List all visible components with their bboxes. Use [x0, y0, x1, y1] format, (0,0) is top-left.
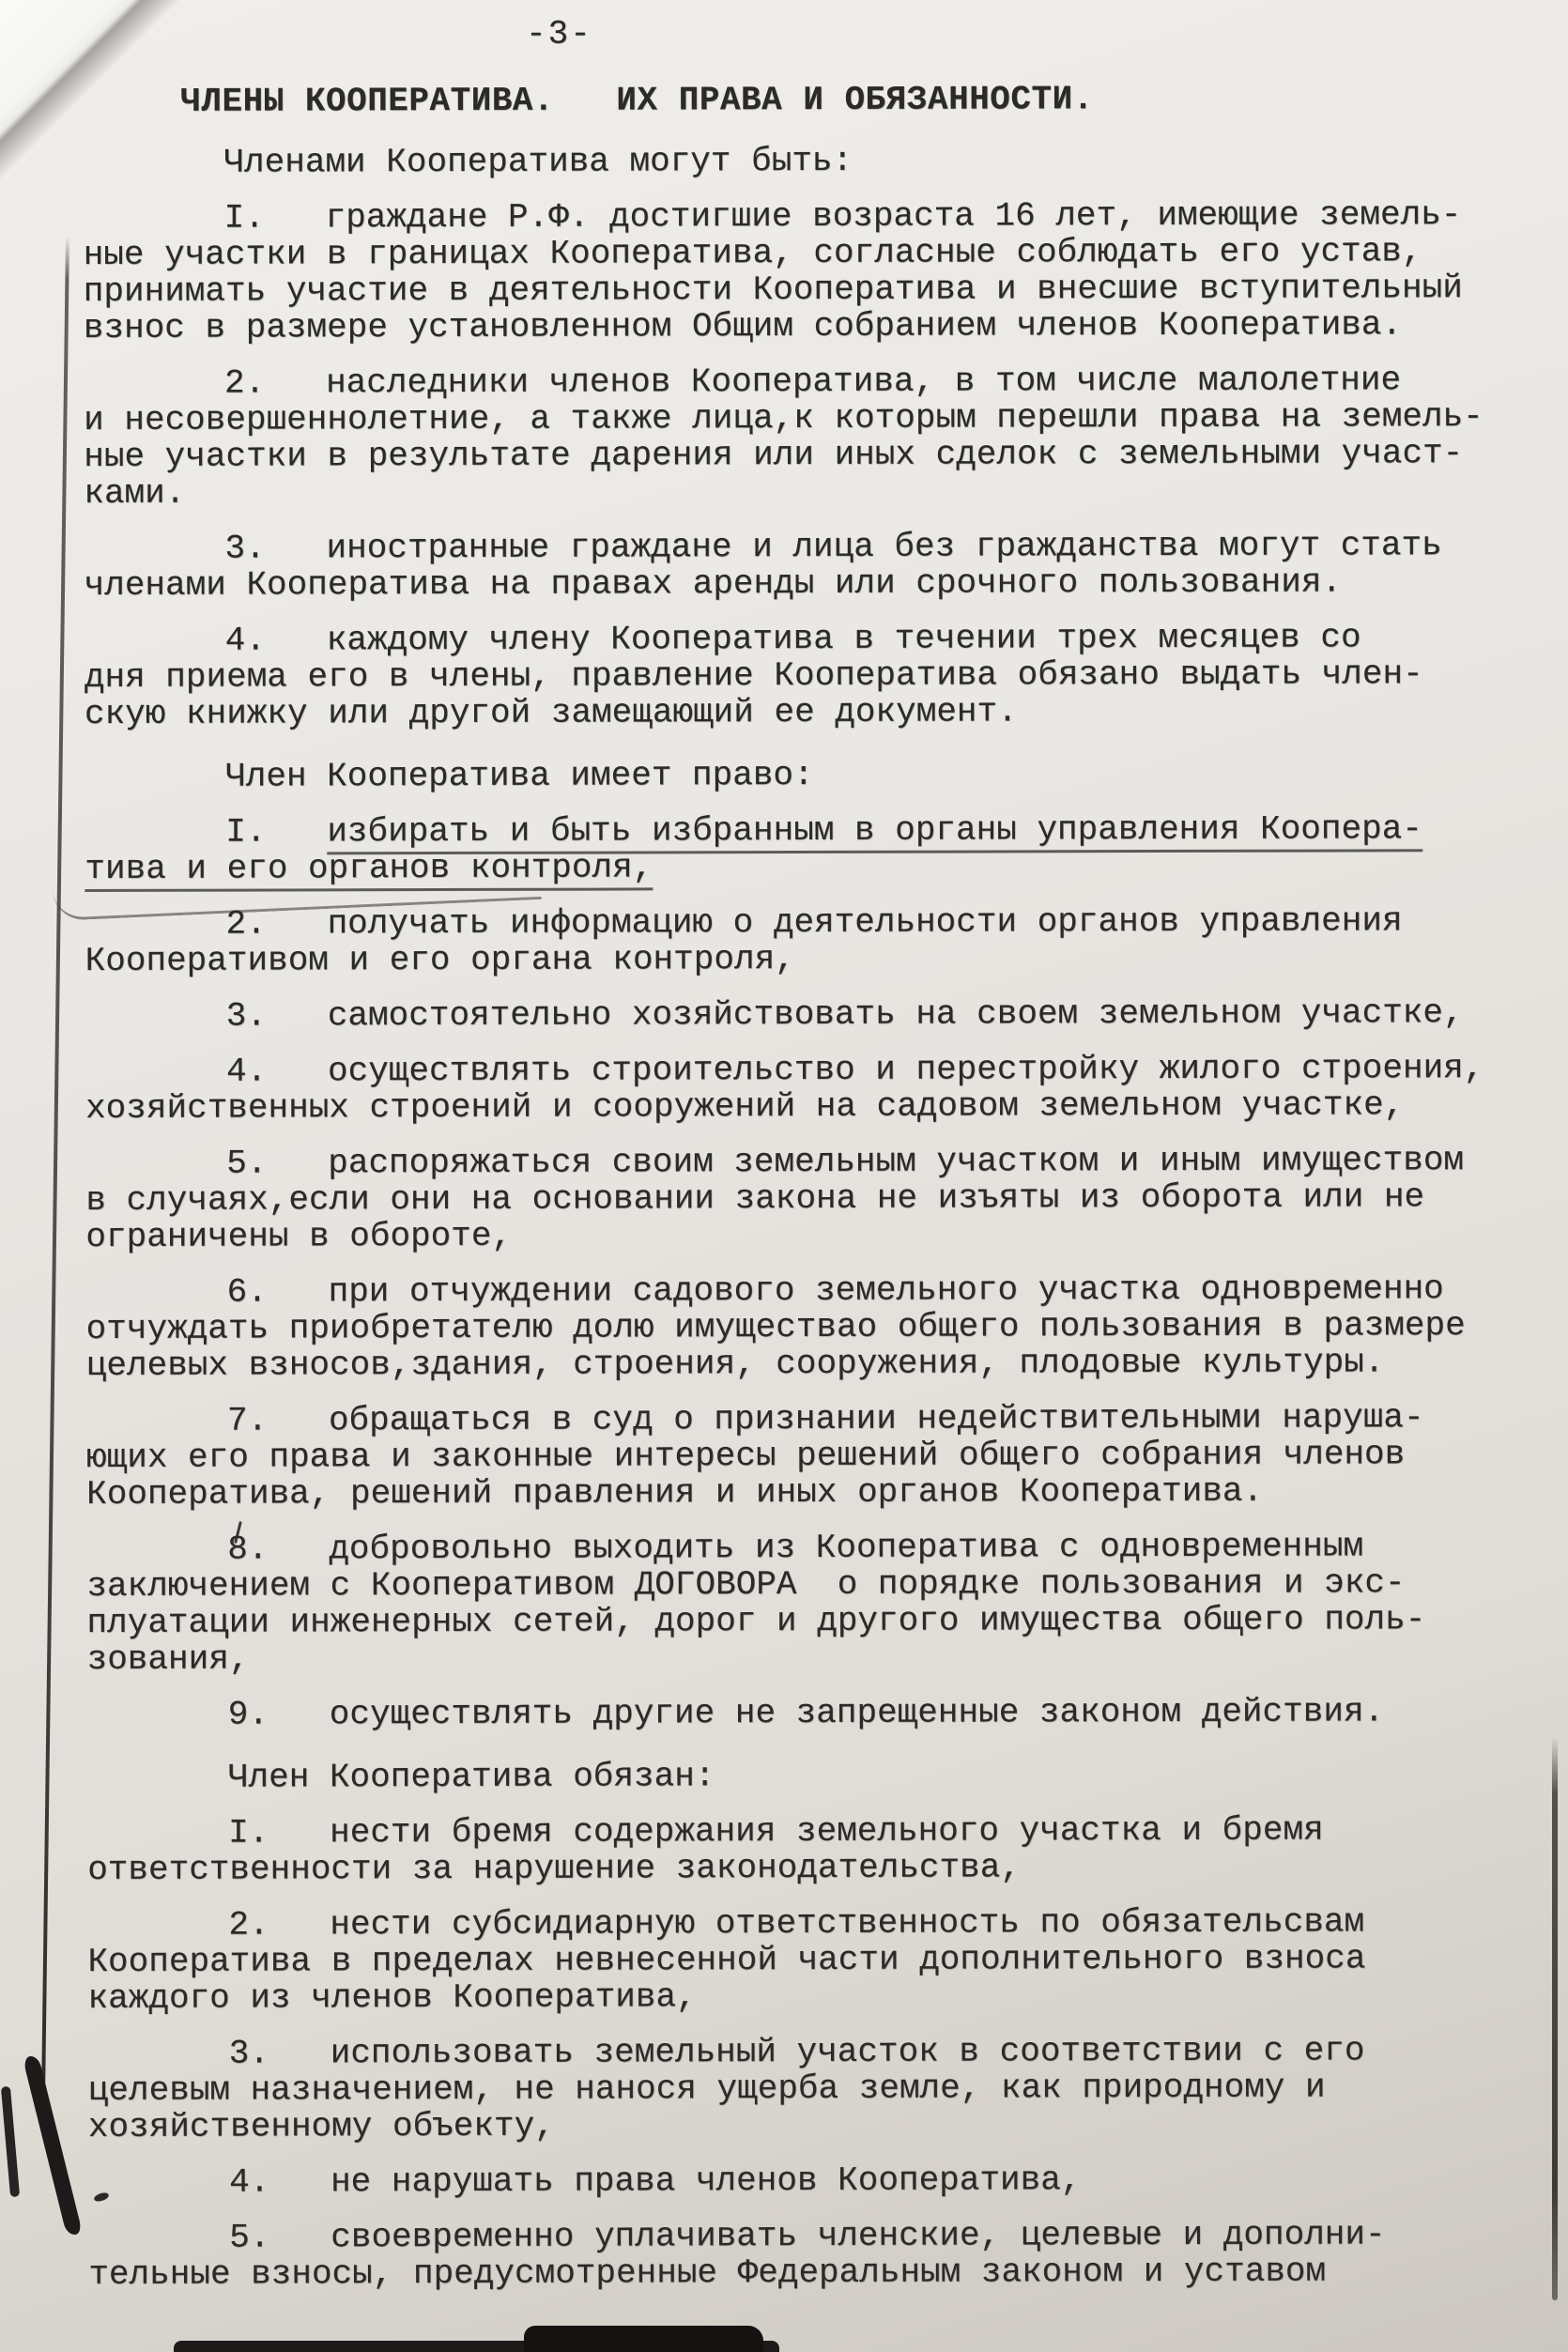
scan-shadow-bottom-dark [524, 2326, 763, 2352]
rights-item-7: 7. обращаться в суд о признании недейств… [86, 1399, 1540, 1513]
rights-item-1-number: I. [225, 812, 327, 851]
document-title: ЧЛЕНЫ КООПЕРАТИВА. ИХ ПРАВА И ОБЯЗАННОСТ… [180, 80, 1536, 120]
obligation-item-5: 5. своевременно уплачивать членские, цел… [88, 2216, 1542, 2293]
rights-item-8: 8. добровольно выходить из Кооператива с… [86, 1528, 1540, 1678]
obligation-item-3: 3. использовать земельный участок в соот… [88, 2032, 1542, 2145]
obligation-item-4: 4. не нарушать права членов Кооператива, [88, 2160, 1542, 2201]
rights-item-5: 5. распоряжаться своим земельным участко… [85, 1142, 1539, 1255]
intro-line: Членами Кооператива могут быть: [83, 141, 1536, 181]
membership-item-1: I. граждане Р.Ф. достигшие возраста 16 л… [84, 196, 1537, 346]
document-content: -3- ЧЛЕНЫ КООПЕРАТИВА. ИХ ПРАВА И ОБЯЗАН… [83, 13, 1542, 2293]
obligations-heading: Член Кооператива обязан: [87, 1756, 1541, 1796]
rights-item-9: 9. осуществлять другие не запрещенные за… [87, 1693, 1541, 1733]
scan-edge-line-right [1552, 1737, 1558, 2300]
obligation-item-2: 2. нести субсидиарную ответственность по… [87, 1903, 1541, 2017]
rights-item-2: 2. получать информацию о деятельности ор… [85, 902, 1538, 979]
ink-mark-bottom-left [23, 2054, 83, 2237]
ink-mark-bottom-left-thin [1, 2086, 20, 2197]
rights-item-3: 3. самостоятельно хозяйствовать на своем… [85, 994, 1539, 1035]
obligation-item-1: I. нести бремя содержания земельного уча… [87, 1811, 1541, 1888]
scan-edge-line-left [41, 237, 69, 2091]
rights-item-6: 6. при отчуждении садового земельного уч… [86, 1270, 1540, 1384]
membership-item-3: 3. иностранные граждане и лица без гражд… [84, 527, 1537, 604]
rights-item-1: I. избирать и быть избранным в органы уп… [85, 810, 1538, 887]
membership-item-2: 2. наследники членов Кооператива, в том … [84, 361, 1537, 512]
membership-item-4: 4. каждому члену Кооператива в течении т… [85, 619, 1538, 732]
page-number: -3- [526, 13, 1536, 53]
rights-heading: Член Кооператива имеет право: [85, 755, 1538, 795]
rights-item-4: 4. осуществлять строительство и перестро… [85, 1050, 1539, 1127]
